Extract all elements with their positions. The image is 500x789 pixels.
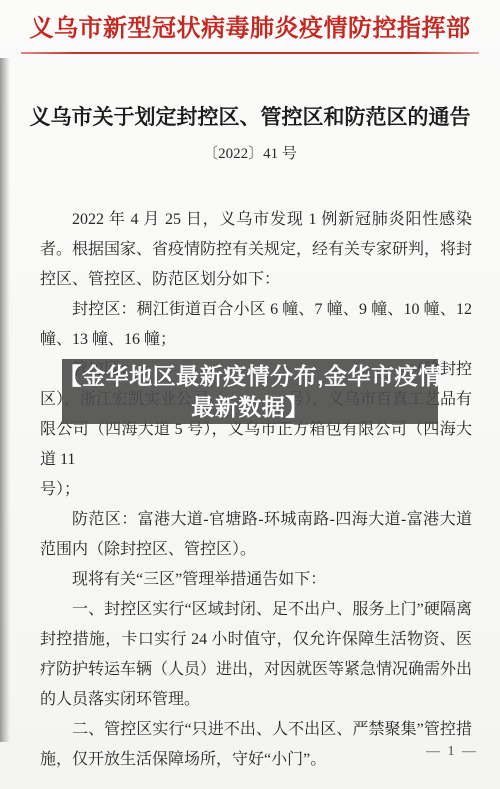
- paragraph-measure-1: 一、封控区实行“区域封闭、足不出户、服务上门”硬隔离封控措施，卡口实行 24 小…: [40, 595, 472, 715]
- document-page: 义乌市新型冠状病毒肺炎疫情防控指挥部 义乌市关于划定封控区、管控区和防范区的通告…: [0, 0, 500, 789]
- paragraph-control-zone-line4: 号）；: [40, 475, 472, 505]
- header-rule-divider: [21, 52, 479, 54]
- paragraph-prevention-zone: 防范区：富港大道-官塘路-环城南路-四海大道-富港大道范围内（除封控区、管控区）…: [40, 505, 472, 565]
- notice-body: 2022 年 4 月 25 日，义乌市发现 1 例新冠肺炎阳性感染者。根据国家、…: [40, 205, 472, 775]
- watermark-overlay: 【金华地区最新疫情分布,金华市疫情 最新数据】: [62, 359, 438, 424]
- watermark-text-line2: 最新数据】: [191, 392, 309, 423]
- doc-number: 〔2022〕41 号: [0, 142, 500, 163]
- header-org-name: 义乌市新型冠状病毒肺炎疫情防控指挥部: [0, 0, 500, 46]
- notice-title: 义乌市关于划定封控区、管控区和防范区的通告: [0, 103, 500, 131]
- page-number: — 1 —: [426, 744, 478, 760]
- paragraph-intro: 2022 年 4 月 25 日，义乌市发现 1 例新冠肺炎阳性感染者。根据国家、…: [40, 205, 472, 295]
- paragraph-sealed-zone: 封控区：稠江街道百合小区 6 幢、7 幢、9 幢、10 幢、12 幢、13 幢、…: [40, 295, 472, 355]
- paragraph-measure-2: 二、管控区实行“只进不出、人不出区、严禁聚集”管控措施，仅开放生活保障场所，守好…: [40, 715, 472, 775]
- paragraph-control-zone-line3: 限公司（四海大道 5 号），义乌市正方箱包有限公司（四海大道 11: [40, 415, 472, 475]
- paragraph-measures-intro: 现将有关“三区”管理举措通告如下：: [40, 565, 472, 595]
- watermark-text-line1: 【金华地区最新疫情分布,金华市疫情: [59, 361, 442, 392]
- scan-edge-shadow: [0, 58, 10, 742]
